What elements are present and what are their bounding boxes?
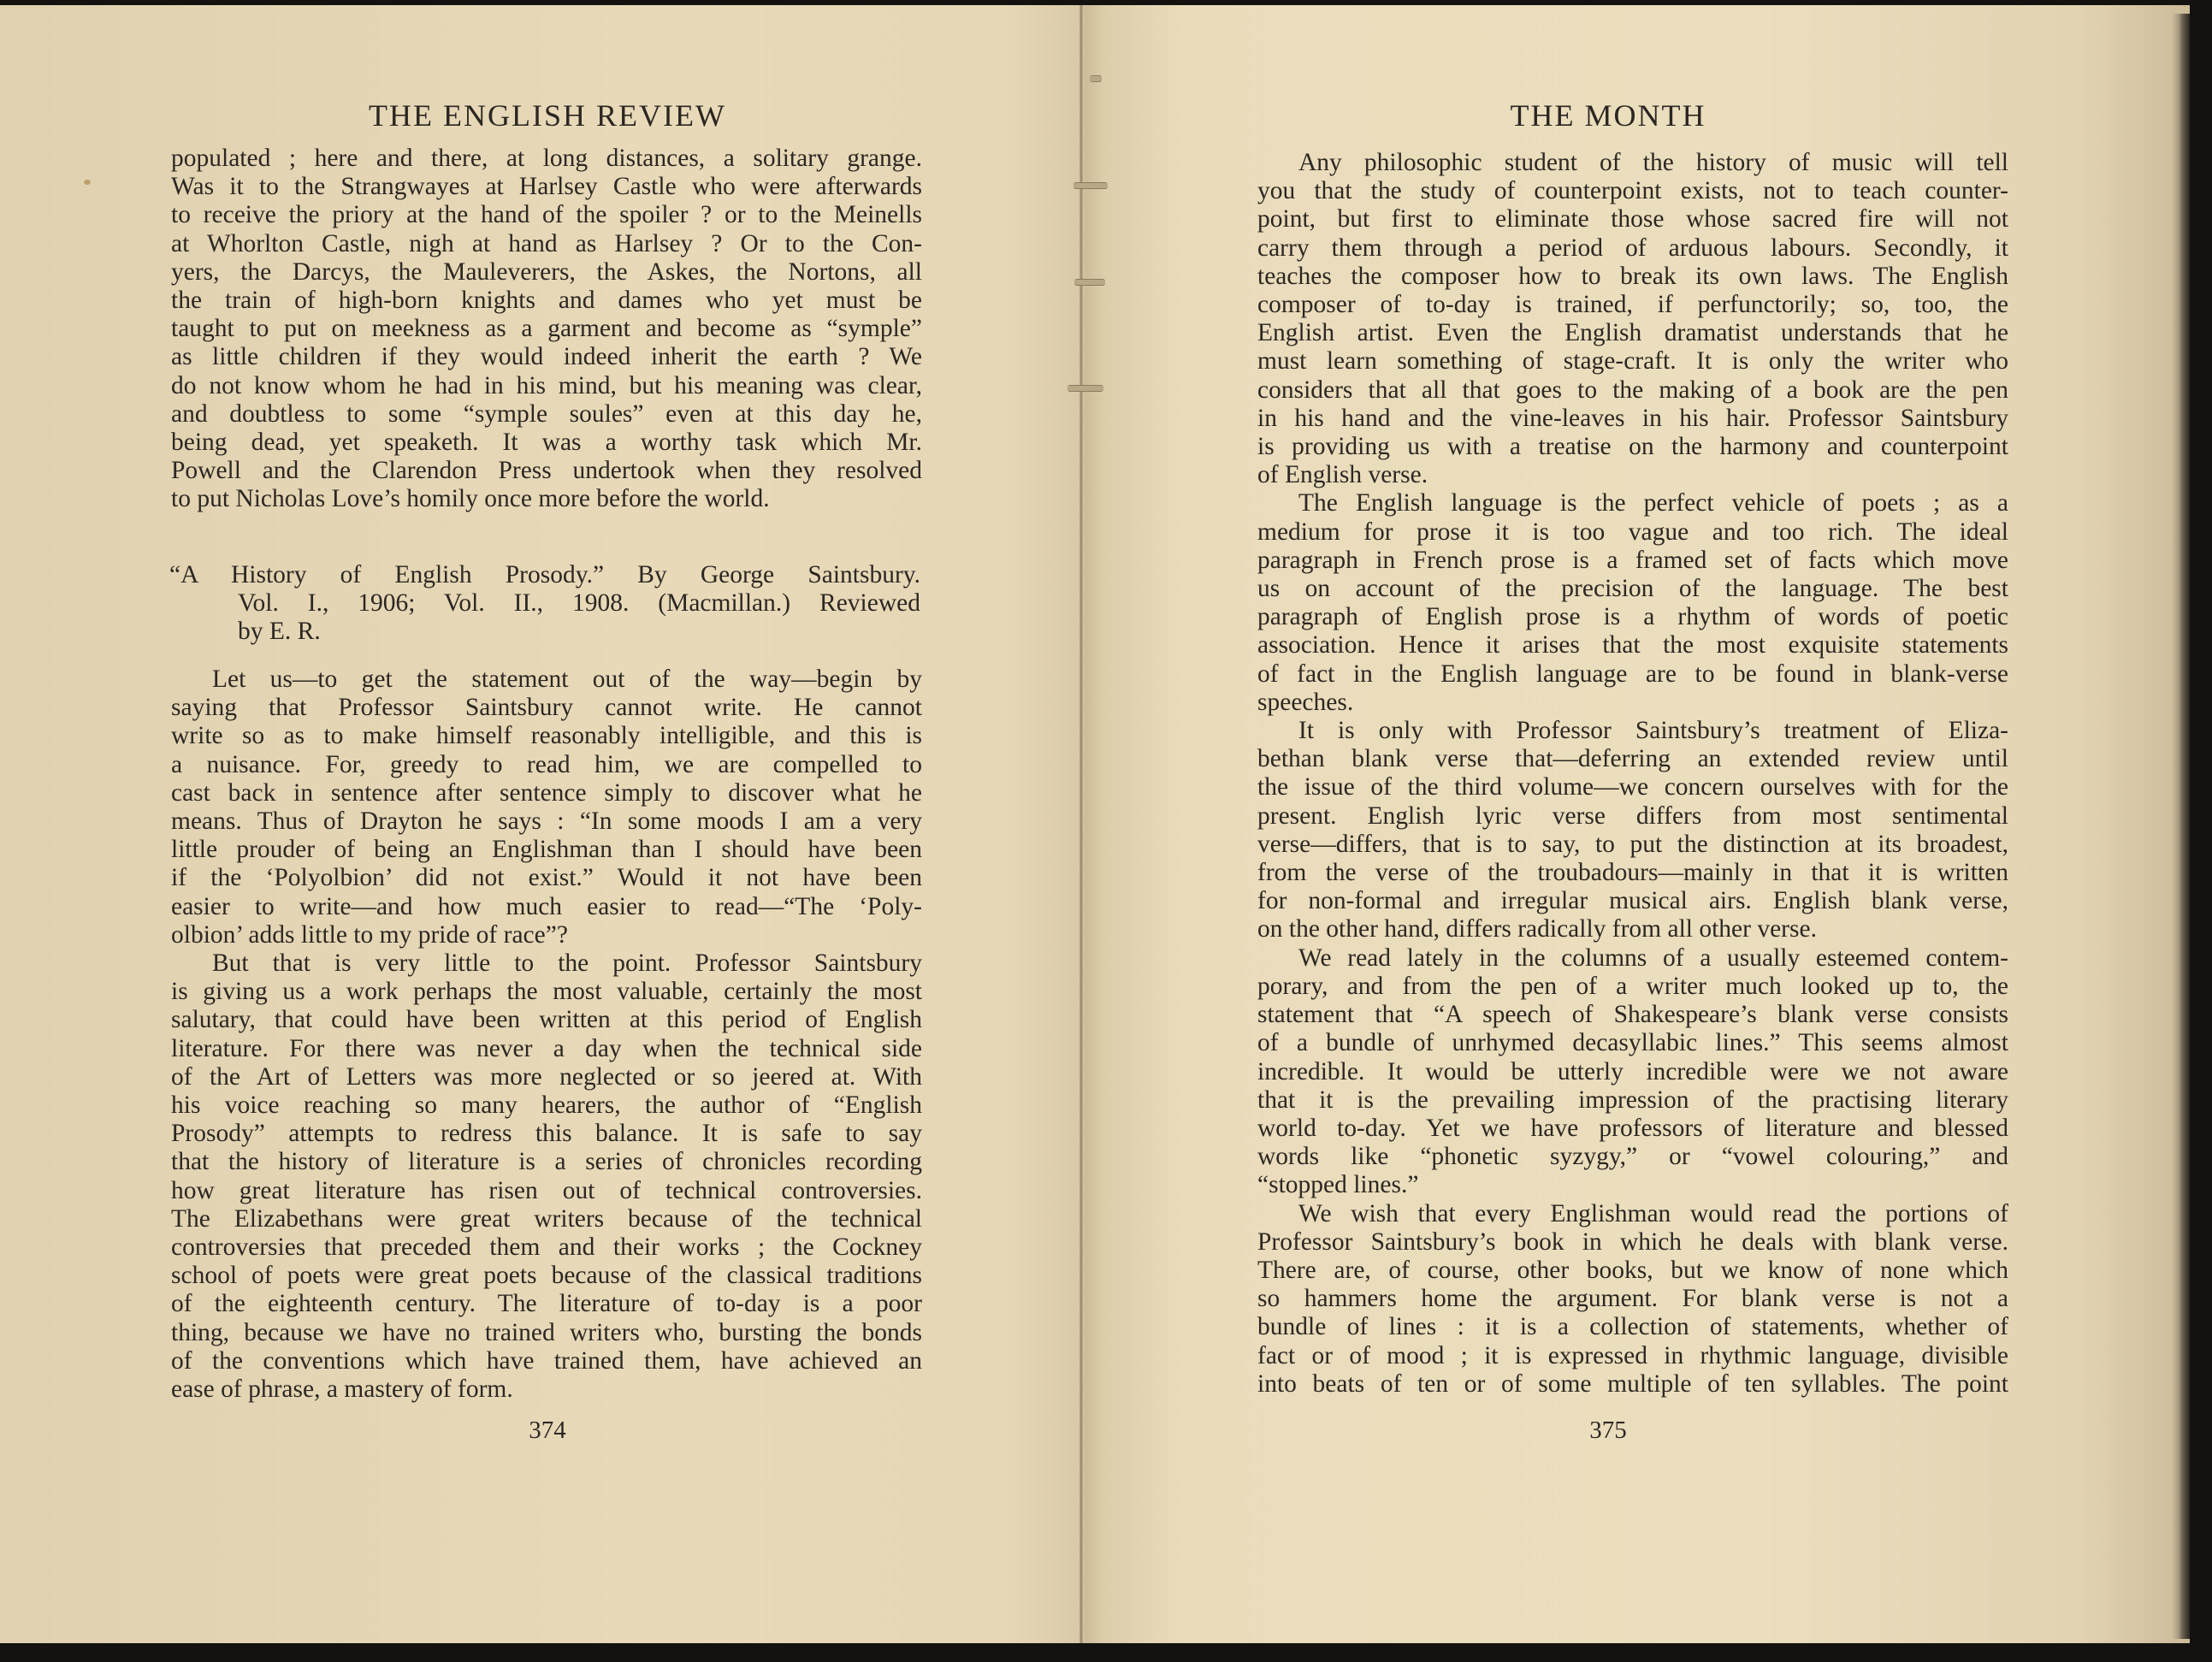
text-line: porary, and from the pen of a writer muc… xyxy=(1257,973,2008,1001)
text-line: Any philosophic student of the history o… xyxy=(1257,149,2008,177)
text-line: carry them through a period of arduous l… xyxy=(1257,234,2008,263)
text-line: association. Hence it arises that the mo… xyxy=(1257,631,2008,659)
text-line: The Elizabethans were great writers beca… xyxy=(171,1205,922,1233)
text-line: a nuisance. For, greedy to read him, we … xyxy=(171,751,922,779)
text-line: bundle of lines : it is a collection of … xyxy=(1257,1313,2008,1341)
scan-background xyxy=(0,1643,2212,1662)
text-line: There are, of course, other books, but w… xyxy=(1257,1257,2008,1285)
page-fore-edge xyxy=(2171,14,2190,1639)
review-citation: “A History of English Prosody.” By Georg… xyxy=(169,561,920,647)
text-line: incredible. It would be utterly incredib… xyxy=(1257,1058,2008,1086)
text-line: ease of phrase, a mastery of form. xyxy=(171,1375,922,1404)
text-line: composer of to-day is trained, if perfun… xyxy=(1257,291,2008,319)
text-line: yers, the Darcys, the Mauleverers, the A… xyxy=(171,258,922,287)
text-line: Prosody” attempts to redress this balanc… xyxy=(171,1120,922,1148)
text-line: speeches. xyxy=(1257,689,2008,717)
text-line: fact or of mood ; it is expressed in rhy… xyxy=(1257,1342,2008,1370)
text-line: in his hand and the vine-leaves in his h… xyxy=(1257,405,2008,433)
running-head-right: THE MONTH xyxy=(1437,98,1779,133)
text-line: of English verse. xyxy=(1257,461,2008,489)
text-line: olbion’ adds little to my pride of race”… xyxy=(171,921,922,949)
text-line: the train of high-born knights and dames… xyxy=(171,287,922,315)
left-paragraph-1: populated ; here and there, at long dist… xyxy=(171,145,922,514)
text-line: so hammers home the argument. For blank … xyxy=(1257,1285,2008,1313)
text-line: of the conventions which have trained th… xyxy=(171,1347,922,1375)
text-line: populated ; here and there, at long dist… xyxy=(171,145,922,173)
text-line: verse—differs, that is to say, to put th… xyxy=(1257,831,2008,859)
text-line: We read lately in the columns of a usual… xyxy=(1257,944,2008,973)
page-number-left: 374 xyxy=(505,1417,590,1445)
text-line: paragraph of English prose is a rhythm o… xyxy=(1257,603,2008,631)
text-line: bethan blank verse that—deferring an ext… xyxy=(1257,745,2008,773)
text-line: you that the study of counterpoint exist… xyxy=(1257,177,2008,205)
text-line: do not know whom he had in his mind, but… xyxy=(171,372,922,400)
text-line: and doubtless to some “symple soules” ev… xyxy=(171,400,922,429)
text-line: easier to write—and how much easier to r… xyxy=(171,893,922,921)
text-line: is giving us a work perhaps the most val… xyxy=(171,978,922,1006)
text-line: on the other hand, differs radically fro… xyxy=(1257,915,2008,943)
text-line: It is only with Professor Saintsbury’s t… xyxy=(1257,717,2008,745)
text-line: medium for prose it is too vague and too… xyxy=(1257,518,2008,547)
text-line: salutary, that could have been written a… xyxy=(171,1006,922,1034)
text-line: saying that Professor Saintsbury cannot … xyxy=(171,694,922,722)
text-line: must learn something of stage-craft. It … xyxy=(1257,347,2008,376)
text-line: write so as to make himself reasonably i… xyxy=(171,722,922,750)
citation-line: Vol. I., 1906; Vol. II., 1908. (Macmilla… xyxy=(238,589,920,618)
text-line: school of poets were great poets because… xyxy=(171,1262,922,1290)
text-line: thing, because we have no trained writer… xyxy=(171,1319,922,1347)
text-line: literature. For there was never a day wh… xyxy=(171,1035,922,1063)
text-line: is providing us with a treatise on the h… xyxy=(1257,433,2008,461)
text-line: into beats of ten or of some multiple of… xyxy=(1257,1370,2008,1399)
text-line: how great literature has risen out of te… xyxy=(171,1177,922,1205)
text-line: as little children if they would indeed … xyxy=(171,343,922,371)
text-line: words like “phonetic syzygy,” or “vowel … xyxy=(1257,1143,2008,1171)
text-line: teaches the composer how to break its ow… xyxy=(1257,263,2008,291)
page-number-right: 375 xyxy=(1565,1417,1651,1445)
text-line: Professor Saintsbury’s book in which he … xyxy=(1257,1228,2008,1257)
text-line: taught to put on meekness as a garment a… xyxy=(171,315,922,343)
text-line: world to-day. Yet we have professors of … xyxy=(1257,1115,2008,1143)
text-line: to receive the priory at the hand of the… xyxy=(171,201,922,229)
right-page: THE MONTH Any philosophic student of the… xyxy=(1082,5,2190,1646)
right-text: Any philosophic student of the history o… xyxy=(1257,149,2008,1399)
left-page: THE ENGLISH REVIEW populated ; here and … xyxy=(0,5,1082,1646)
text-line: We wish that every Englishman would read… xyxy=(1257,1200,2008,1228)
text-line: But that is very little to the point. Pr… xyxy=(171,949,922,978)
text-line: us on account of the precision of the la… xyxy=(1257,575,2008,603)
text-line: point, but first to eliminate those whos… xyxy=(1257,205,2008,234)
text-line: the issue of the third volume—we concern… xyxy=(1257,773,2008,801)
text-line: “stopped lines.” xyxy=(1257,1171,2008,1199)
text-line: that the history of literature is a seri… xyxy=(171,1148,922,1176)
left-paragraph-2: Let us—to get the statement out of the w… xyxy=(171,665,922,1404)
text-line: present. English lyric verse differs fro… xyxy=(1257,802,2008,831)
book-spread: THE ENGLISH REVIEW populated ; here and … xyxy=(0,5,2190,1646)
foxing-spot xyxy=(84,180,91,185)
text-line: of fact in the English language are to b… xyxy=(1257,660,2008,689)
citation-line: by E. R. xyxy=(238,618,920,646)
text-line: of the Art of Letters was more neglected… xyxy=(171,1063,922,1091)
text-line: his voice reaching so many hearers, the … xyxy=(171,1091,922,1120)
text-line: considers that all that goes to the maki… xyxy=(1257,376,2008,405)
running-head-left: THE ENGLISH REVIEW xyxy=(334,98,761,133)
text-line: at Whorlton Castle, nigh at hand as Harl… xyxy=(171,230,922,258)
text-line: if the ‘Polyolbion’ did not exist.” Woul… xyxy=(171,864,922,892)
text-line: of the eighteenth century. The literatur… xyxy=(171,1290,922,1318)
text-line: controversies that preceded them and the… xyxy=(171,1233,922,1262)
text-line: from the verse of the troubadours—mainly… xyxy=(1257,859,2008,887)
text-line: The English language is the perfect vehi… xyxy=(1257,489,2008,518)
text-line: of a bundle of unrhymed decasyllabic lin… xyxy=(1257,1029,2008,1057)
text-line: paragraph in French prose is a framed se… xyxy=(1257,547,2008,575)
text-line: little prouder of being an Englishman th… xyxy=(171,836,922,864)
text-line: means. Thus of Drayton he says : “In som… xyxy=(171,807,922,836)
text-line: Was it to the Strangwayes at Harlsey Cas… xyxy=(171,173,922,201)
text-line: to put Nicholas Love’s homily once more … xyxy=(171,485,922,513)
text-line: statement that “A speech of Shakespeare’… xyxy=(1257,1001,2008,1029)
text-line: that it is the prevailing impression of … xyxy=(1257,1086,2008,1115)
text-line: Let us—to get the statement out of the w… xyxy=(171,665,922,694)
text-line: English artist. Even the English dramati… xyxy=(1257,319,2008,347)
text-line: cast back in sentence after sentence sim… xyxy=(171,779,922,807)
text-line: for non-formal and irregular musical air… xyxy=(1257,887,2008,915)
text-line: being dead, yet speaketh. It was a worth… xyxy=(171,429,922,457)
text-line: Powell and the Clarendon Press undertook… xyxy=(171,457,922,485)
citation-line: “A History of English Prosody.” By Georg… xyxy=(169,561,920,589)
